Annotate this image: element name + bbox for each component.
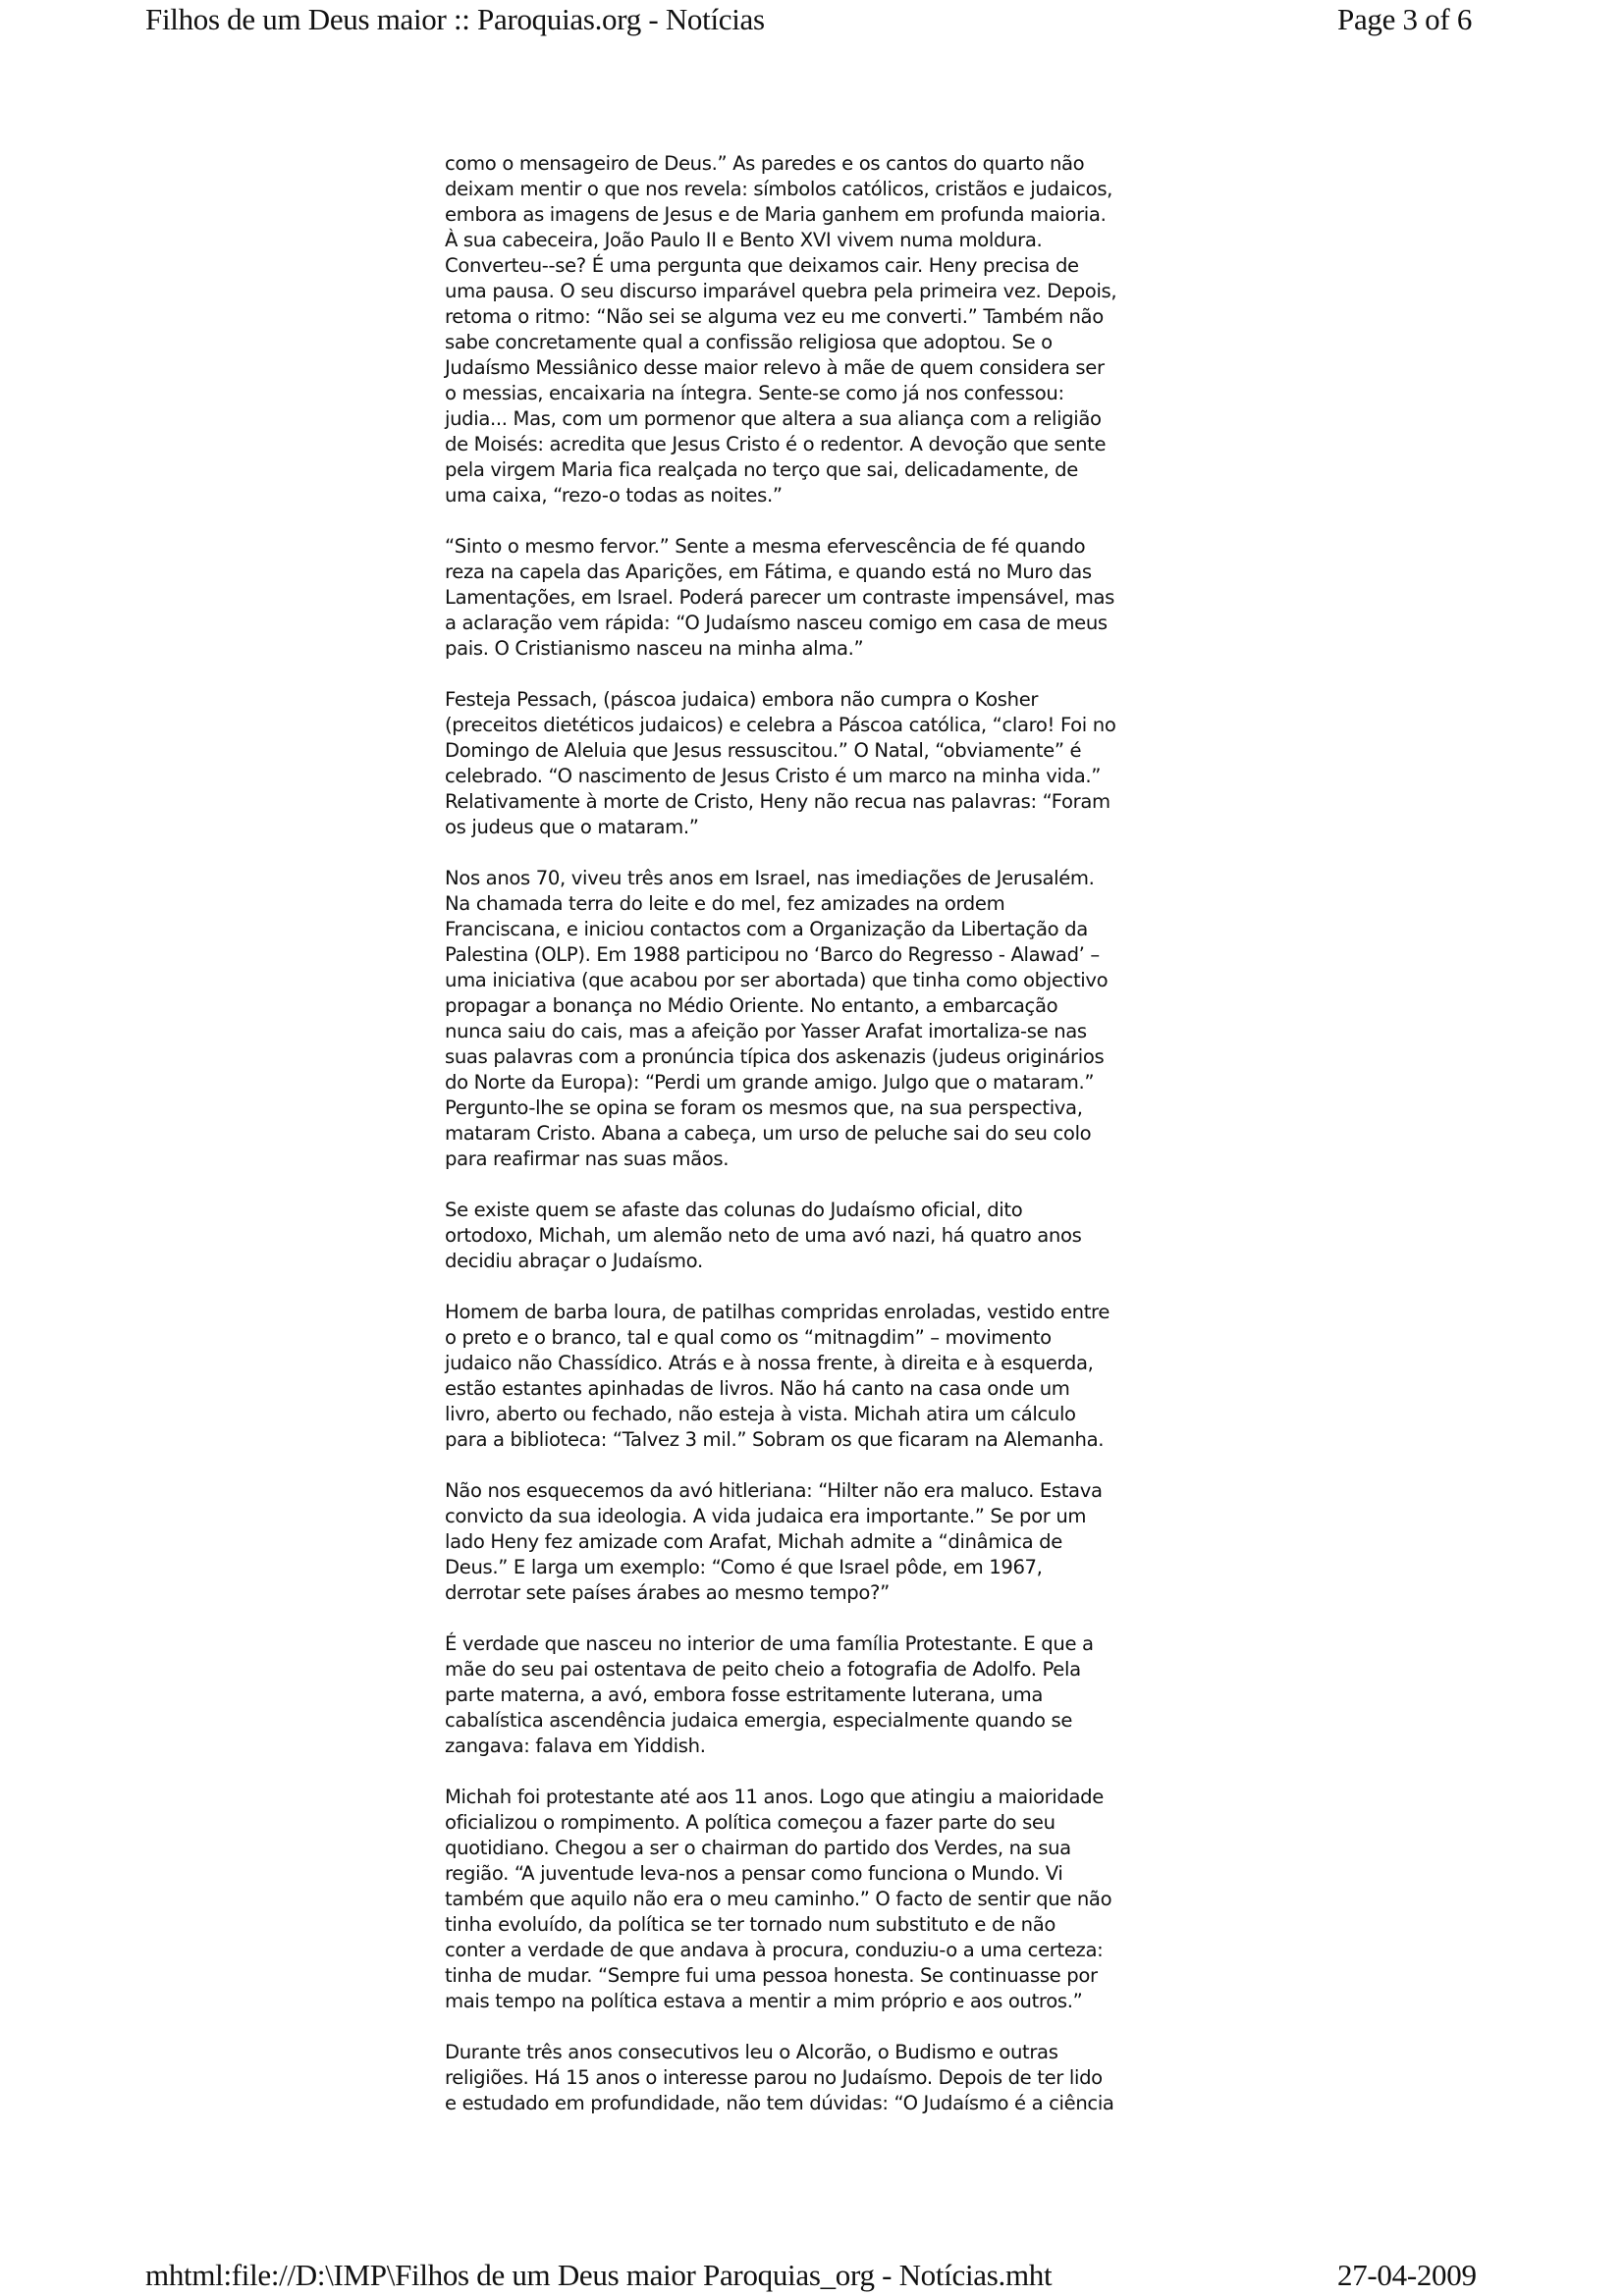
article-paragraph: Nos anos 70, viveu três anos em Israel, … [445, 866, 1220, 1172]
article-body: como o mensageiro de Deus.” As paredes e… [445, 151, 1220, 2142]
article-paragraph: como o mensageiro de Deus.” As paredes e… [445, 151, 1220, 508]
article-paragraph: Não nos esquecemos da avó hitleriana: “H… [445, 1478, 1220, 1606]
article-paragraph: Michah foi protestante até aos 11 anos. … [445, 1785, 1220, 2014]
article-paragraph: “Sinto o mesmo fervor.” Sente a mesma ef… [445, 534, 1220, 662]
page-header-title: Filhos de um Deus maior :: Paroquias.org… [145, 2, 765, 37]
page-footer-date: 27-04-2009 [1337, 2258, 1477, 2293]
article-paragraph: Festeja Pessach, (páscoa judaica) embora… [445, 687, 1220, 840]
page-number-indicator: Page 3 of 6 [1337, 2, 1472, 37]
article-paragraph: Homem de barba loura, de patilhas compri… [445, 1300, 1220, 1453]
article-paragraph: É verdade que nasceu no interior de uma … [445, 1631, 1220, 1759]
page-footer-file-path: mhtml:file://D:\IMP\Filhos de um Deus ma… [145, 2258, 1052, 2293]
article-paragraph: Se existe quem se afaste das colunas do … [445, 1198, 1220, 1274]
article-paragraph: Durante três anos consecutivos leu o Alc… [445, 2040, 1220, 2116]
